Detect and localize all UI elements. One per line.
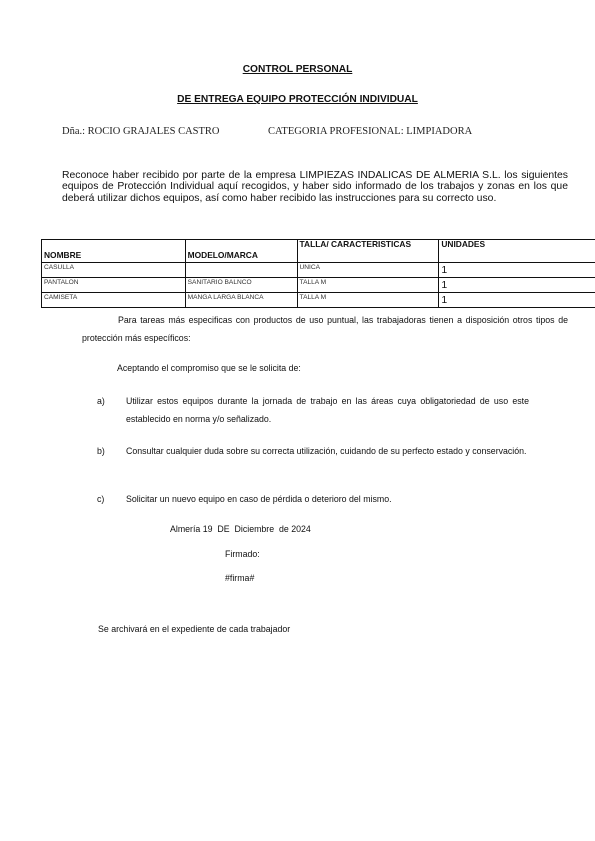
signature-placeholder: #firma# xyxy=(225,570,254,586)
header-modelo: MODELO/MARCA xyxy=(185,240,297,263)
cell-talla: TALLA M xyxy=(297,278,439,293)
commitment-label-b: b) xyxy=(97,443,109,459)
table-row: PANTALON SANITARIO BALNCO TALLA M 1 xyxy=(42,278,595,293)
commitment-label-a: a) xyxy=(97,393,109,409)
cell-unidades: 1 xyxy=(439,263,595,278)
table-row: CAMISETA MANGA LARGA BLANCA TALLA M 1 xyxy=(42,293,595,308)
employee-category: CATEGORIA PROFESIONAL: LIMPIADORA xyxy=(268,126,472,137)
table-header-row: NOMBRE MODELO/MARCA TALLA/ CARACTERISTIC… xyxy=(42,240,595,263)
intro-paragraph: Reconoce haber recibido por parte de la … xyxy=(62,170,568,204)
commitment-text-b: Consultar cualquier duda sobre su correc… xyxy=(126,443,529,461)
commitment-text-a: Utilizar estos equipos durante la jornad… xyxy=(126,393,529,428)
cell-unidades: 1 xyxy=(439,278,595,293)
extra-protection-paragraph: Para tareas más especificas con producto… xyxy=(82,311,568,347)
signed-label: Firmado: xyxy=(225,546,260,562)
cell-modelo: SANITARIO BALNCO xyxy=(185,278,297,293)
cell-modelo: MANGA LARGA BLANCA xyxy=(185,293,297,308)
commitment-label-c: c) xyxy=(97,491,109,507)
cell-unidades: 1 xyxy=(439,293,595,308)
cell-nombre: CAMISETA xyxy=(42,293,186,308)
commitment-intro: Aceptando el compromiso que se le solici… xyxy=(117,360,301,376)
header-unidades: UNIDADES xyxy=(439,240,595,263)
footer-note: Se archivará en el expediente de cada tr… xyxy=(98,621,290,637)
cell-nombre: CASULLA xyxy=(42,263,186,278)
cell-nombre: PANTALON xyxy=(42,278,186,293)
ppe-table: NOMBRE MODELO/MARCA TALLA/ CARACTERISTIC… xyxy=(41,239,595,308)
cell-talla: TALLA M xyxy=(297,293,439,308)
place-date: Almería 19 DE Diciembre de 2024 xyxy=(170,521,311,537)
cell-talla: UNICA xyxy=(297,263,439,278)
table-row: CASULLA UNICA 1 xyxy=(42,263,595,278)
header-talla: TALLA/ CARACTERISTICAS xyxy=(297,240,439,263)
employee-name: Dña.: ROCIO GRAJALES CASTRO xyxy=(62,126,220,137)
cell-modelo xyxy=(185,263,297,278)
header-nombre: NOMBRE xyxy=(42,240,186,263)
commitment-text-c: Solicitar un nuevo equipo en caso de pér… xyxy=(126,491,529,507)
document-subtitle: DE ENTREGA EQUIPO PROTECCIÓN INDIVIDUAL xyxy=(0,94,595,105)
document-title: CONTROL PERSONAL xyxy=(0,64,595,75)
